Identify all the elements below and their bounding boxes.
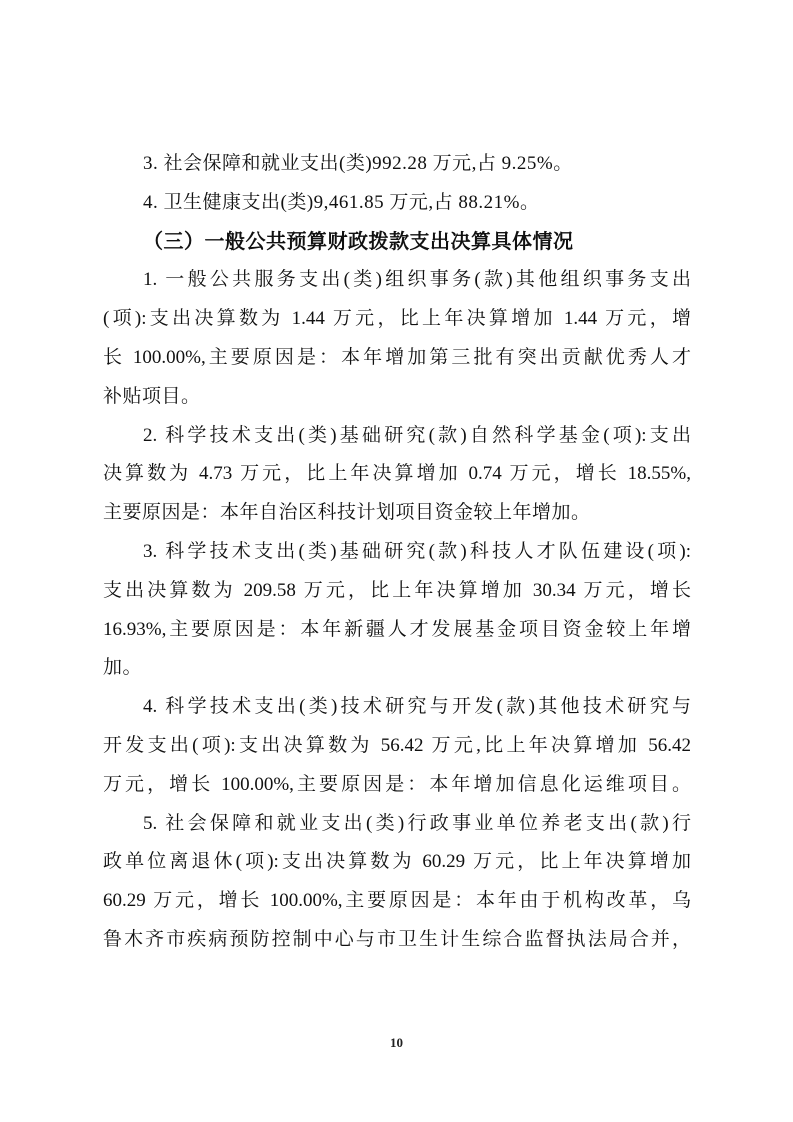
body-text-line: (项):支出决算数为 1.44 万元，比上年决算增加 1.44 万元，增 (103, 300, 691, 339)
body-text-line: 支出决算数为 209.58 万元，比上年决算增加 30.34 万元，增长 (103, 572, 691, 611)
section-heading: （三）一般公共预算财政拨款支出决算具体情况 (103, 223, 691, 262)
body-text-line: 60.29 万元，增长 100.00%,主要原因是：本年由于机构改革，乌 (103, 882, 691, 921)
page-body-text: 3. 社会保障和就业支出(类)992.28 万元,占 9.25%。 4. 卫生健… (103, 145, 691, 960)
body-text-line: 鲁木齐市疾病预防控制中心与市卫生计生综合监督执法局合并， (103, 921, 691, 960)
body-text-line: 4. 卫生健康支出(类)9,461.85 万元,占 88.21%。 (103, 184, 691, 223)
body-text-line: 16.93%,主要原因是：本年新疆人才发展基金项目资金较上年增 (103, 611, 691, 650)
body-text-line: 3. 社会保障和就业支出(类)992.28 万元,占 9.25%。 (103, 145, 691, 184)
page-number: 10 (0, 1035, 793, 1051)
document-page: 3. 社会保障和就业支出(类)992.28 万元,占 9.25%。 4. 卫生健… (0, 0, 793, 1122)
body-text-line: 加。 (103, 649, 691, 688)
body-text-line: 开发支出(项):支出决算数为 56.42 万元,比上年决算增加 56.42 (103, 727, 691, 766)
body-text-line: 长 100.00%,主要原因是：本年增加第三批有突出贡献优秀人才 (103, 339, 691, 378)
body-text-line: 政单位离退休(项):支出决算数为 60.29 万元，比上年决算增加 (103, 843, 691, 882)
body-text-line: 5. 社会保障和就业支出(类)行政事业单位养老支出(款)行 (103, 805, 691, 844)
body-text-line: 主要原因是：本年自治区科技计划项目资金较上年增加。 (103, 494, 691, 533)
body-text-line: 4. 科学技术支出(类)技术研究与开发(款)其他技术研究与 (103, 688, 691, 727)
body-text-line: 3. 科学技术支出(类)基础研究(款)科技人才队伍建设(项): (103, 533, 691, 572)
body-text-line: 2. 科学技术支出(类)基础研究(款)自然科学基金(项):支出 (103, 417, 691, 456)
body-text-line: 决算数为 4.73 万元，比上年决算增加 0.74 万元，增长 18.55%, (103, 455, 691, 494)
body-text-line: 1. 一般公共服务支出(类)组织事务(款)其他组织事务支出 (103, 261, 691, 300)
body-text-line: 补贴项目。 (103, 378, 691, 417)
body-text-line: 万元，增长 100.00%,主要原因是：本年增加信息化运维项目。 (103, 766, 691, 805)
